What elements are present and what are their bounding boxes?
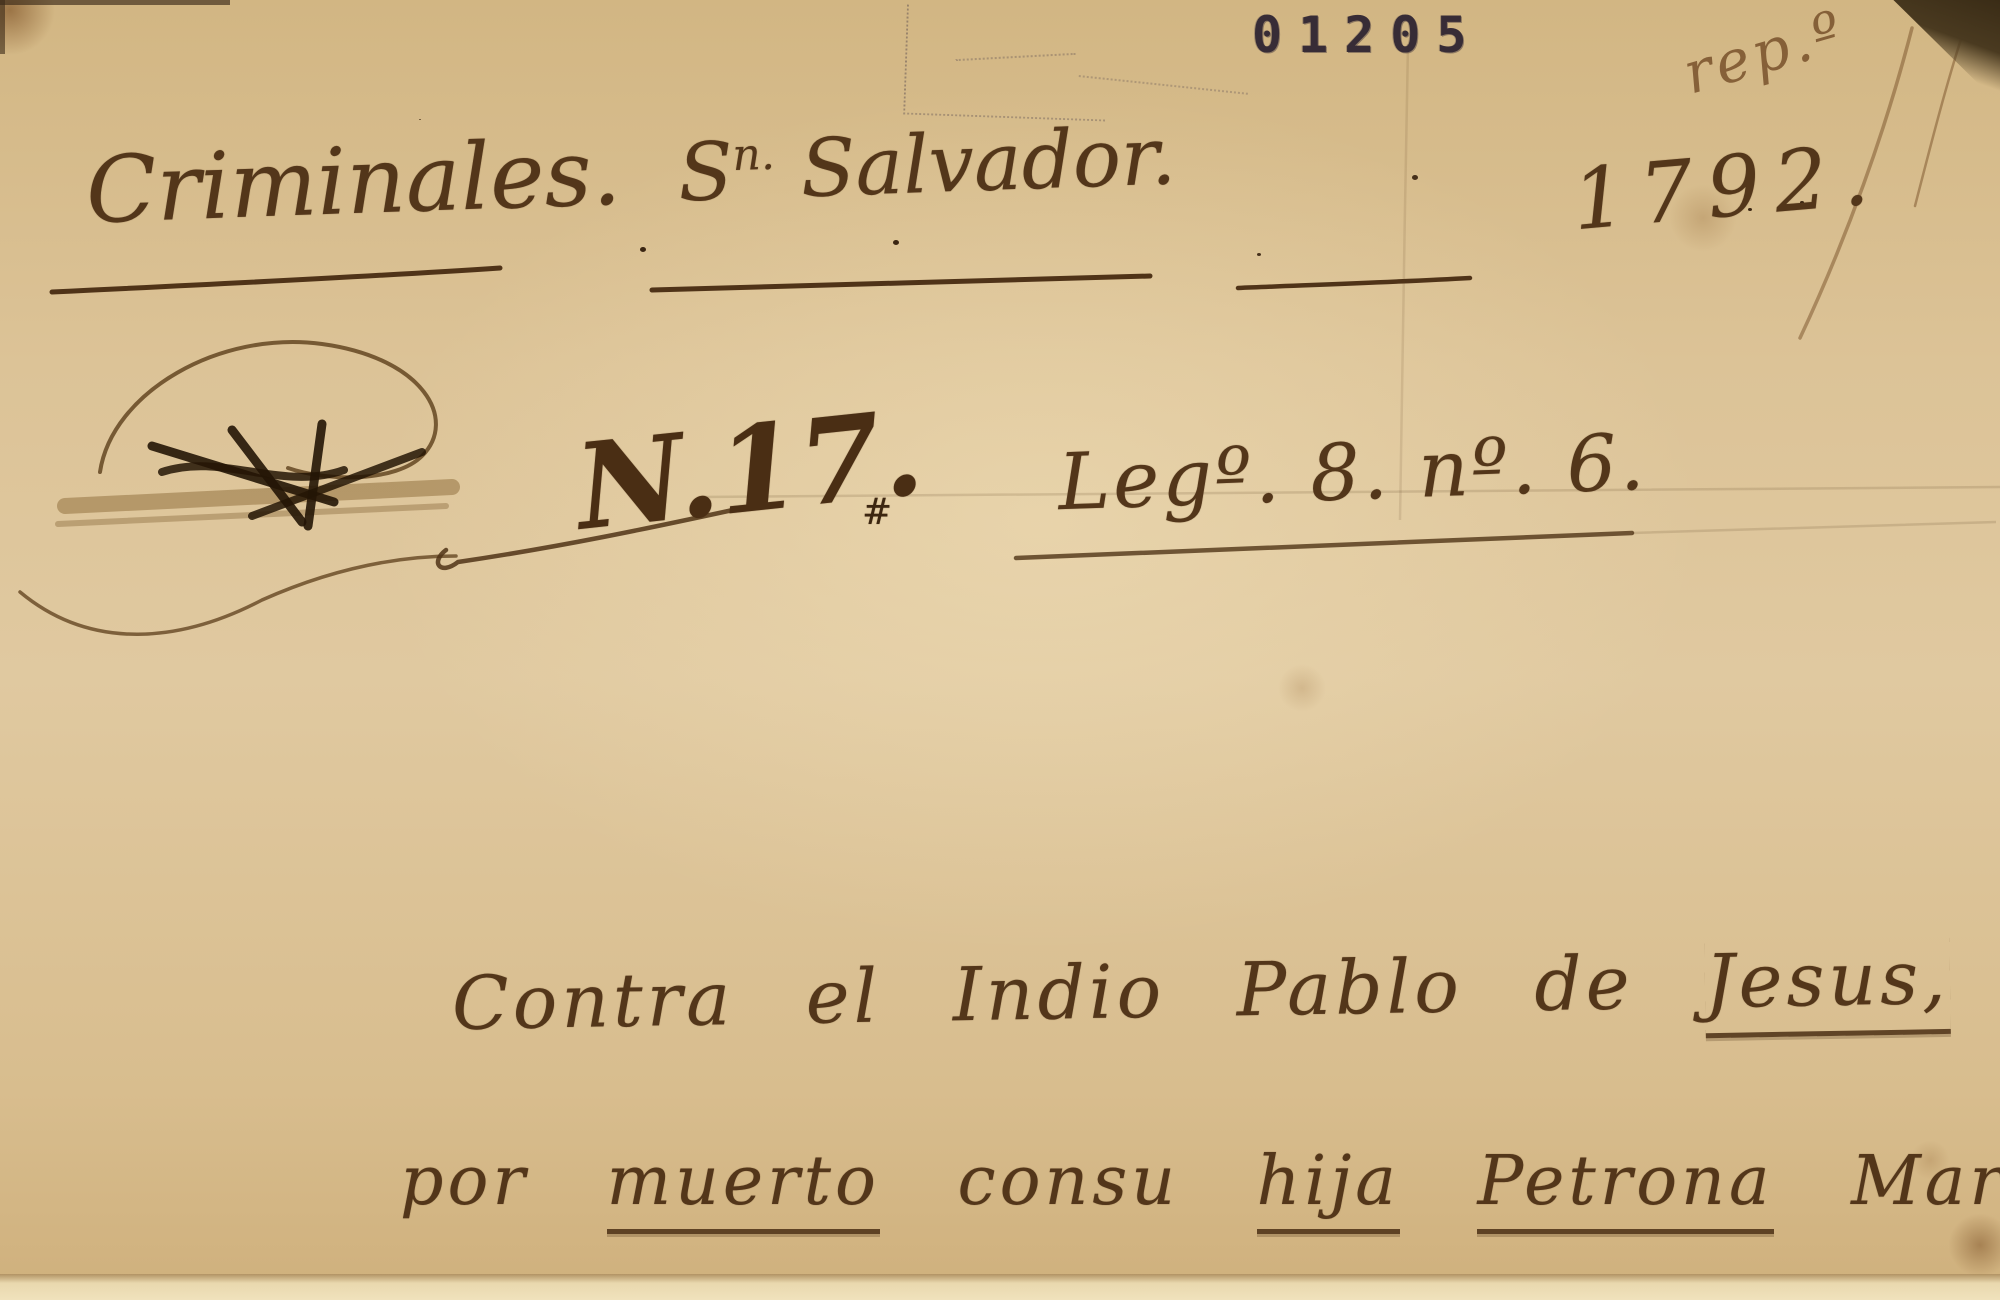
case-word: de — [1534, 940, 1635, 1028]
case-word-underlined: Petrona — [1477, 1142, 1773, 1234]
place-rest: Salvador. — [799, 109, 1177, 215]
case-word-underlined: hija — [1257, 1142, 1400, 1234]
case-word: consu — [958, 1142, 1180, 1221]
page-edge-top — [0, 0, 230, 5]
hash-mark: # — [862, 492, 892, 533]
page-edge-bottom — [0, 1274, 2000, 1300]
stamp-outline-mark — [903, 5, 1109, 122]
crossed-out-scribble — [20, 342, 456, 634]
section-title: Criminales. — [84, 119, 622, 245]
case-word-underlined: Jesus, — [1704, 935, 1950, 1038]
ink-specks — [640, 247, 646, 252]
archive-stamp-number: 01205 — [1252, 6, 1483, 64]
place-superscript: n. — [731, 129, 775, 181]
legajo-underline — [1016, 533, 1632, 558]
case-title-line2: por muerto consu hija Petrona Martir. — [400, 1142, 2000, 1221]
case-word: Martir. — [1851, 1142, 2000, 1221]
header-underlines — [52, 268, 1470, 292]
case-word-underlined: muerto — [607, 1142, 880, 1234]
case-word: Contra — [451, 956, 735, 1047]
case-word: Indio — [952, 949, 1166, 1039]
place-name: Sn. Salvador. — [677, 109, 1178, 219]
page-edge-left — [0, 0, 5, 54]
manuscript-page: 01205 rep.º Criminales. Sn. Salvador. 17… — [0, 0, 2000, 1300]
case-word: el — [805, 954, 882, 1041]
case-word: por — [400, 1142, 529, 1221]
place-prefix: S — [677, 125, 735, 220]
case-word: Pablo — [1236, 943, 1464, 1033]
